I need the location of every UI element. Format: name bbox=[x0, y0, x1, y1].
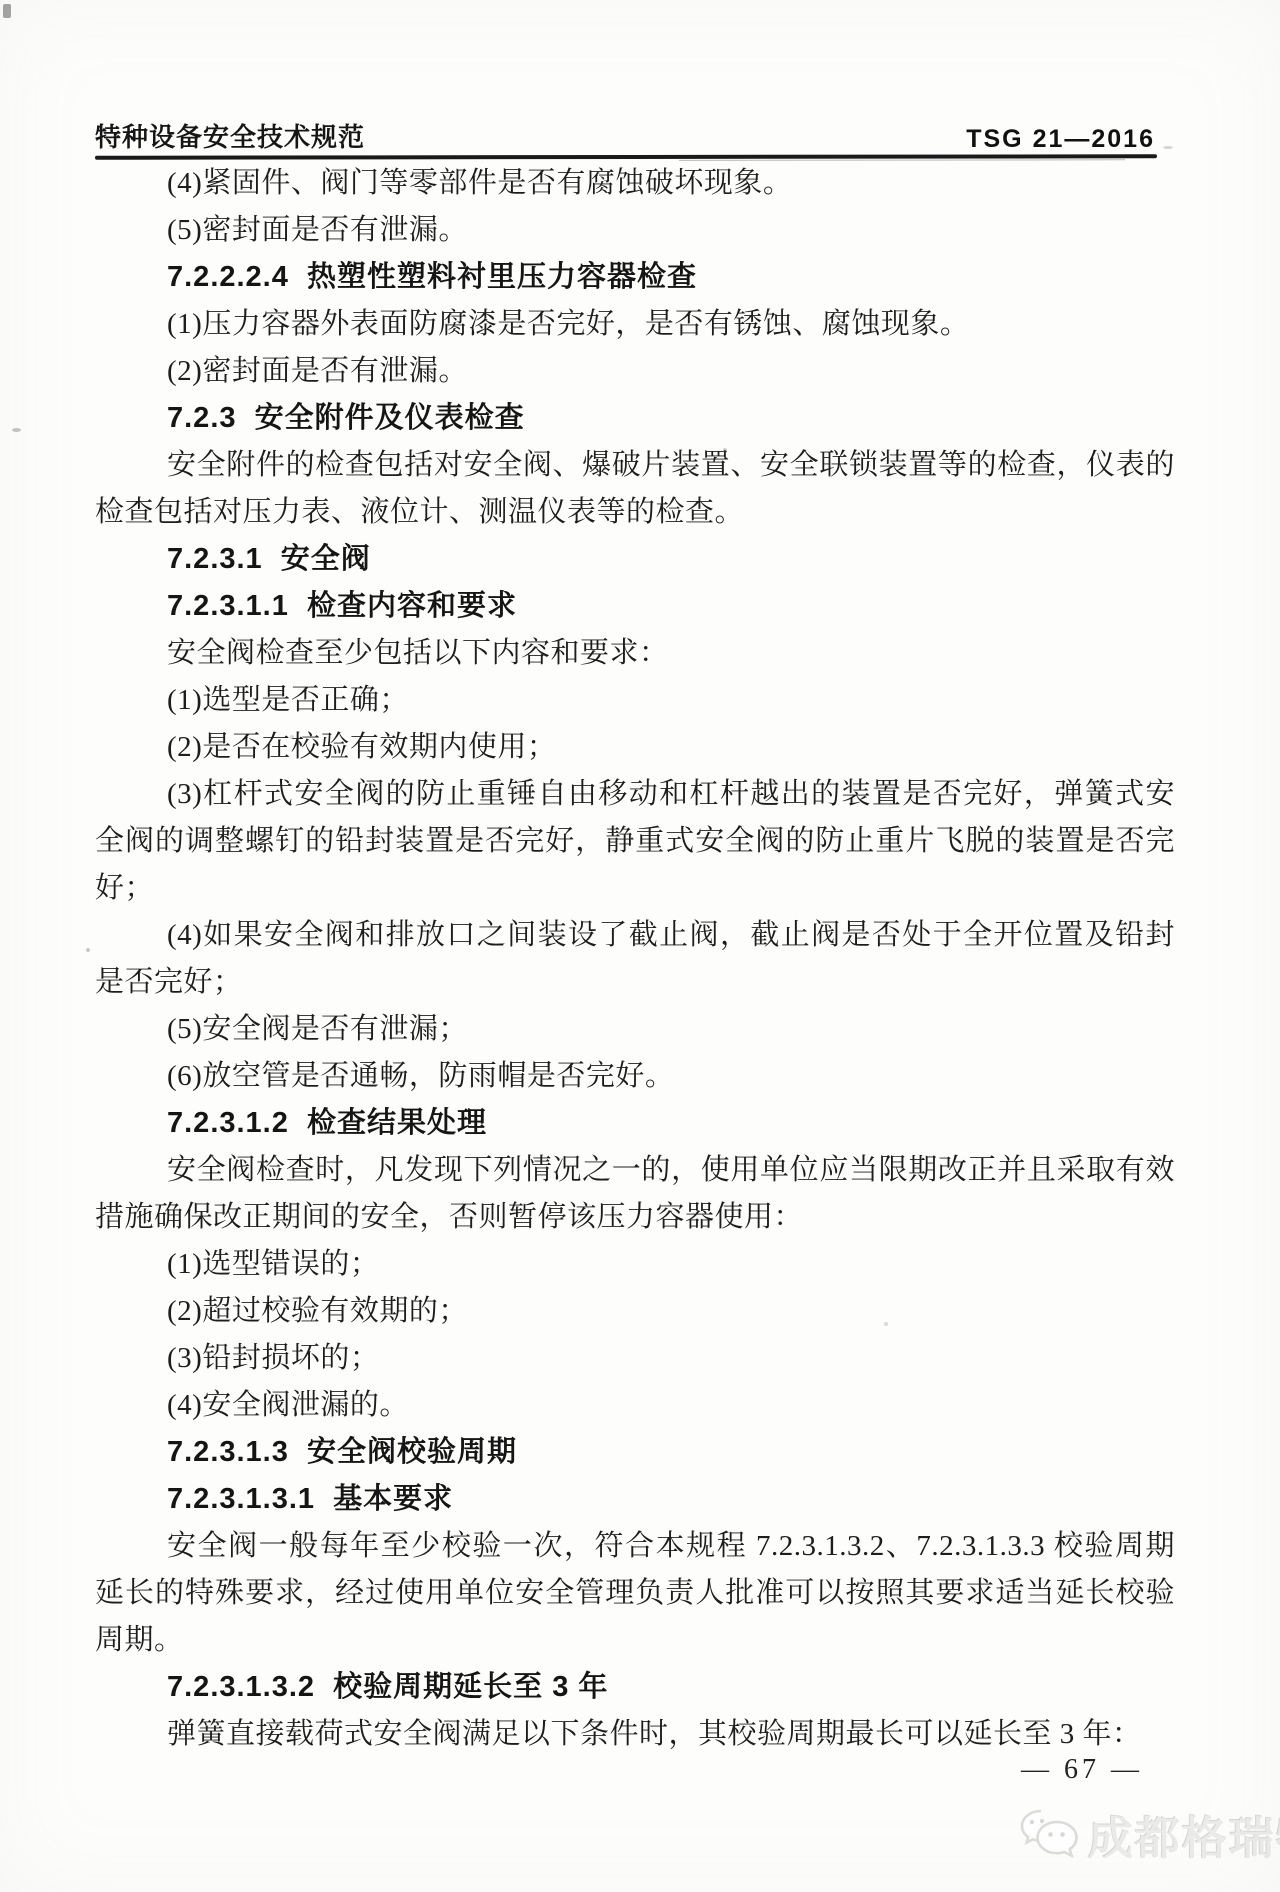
page-header: 特种设备安全技术规范 TSG 21—2016 bbox=[95, 108, 1157, 154]
watermark: 成都格瑞特 bbox=[1016, 1802, 1280, 1867]
clause-item: (4)安全阀泄漏的。 bbox=[95, 1382, 1175, 1429]
body-paragraph: 安全附件的检查包括对安全阀、爆破片装置、安全联锁装置等的检查，仪表的检查包括对压… bbox=[95, 442, 1175, 536]
scan-speck bbox=[3, 4, 11, 18]
header-rule bbox=[95, 154, 1157, 159]
clause-item: (3)铅封损坏的； bbox=[95, 1335, 1175, 1382]
scan-speck bbox=[12, 428, 21, 432]
body-paragraph: 安全阀检查至少包括以下内容和要求： bbox=[95, 630, 1175, 677]
section-heading: 7.2.3.1.2 检查结果处理 bbox=[95, 1100, 1175, 1147]
clause-item: (1)选型错误的； bbox=[95, 1241, 1175, 1288]
clause-item: (2)是否在校验有效期内使用； bbox=[95, 724, 1175, 771]
section-heading: 7.2.3.1.1 检查内容和要求 bbox=[95, 583, 1175, 630]
clause-item: (5)安全阀是否有泄漏； bbox=[95, 1006, 1175, 1053]
document-body: (4)紧固件、阀门等零部件是否有腐蚀破坏现象。 (5)密封面是否有泄漏。 7.2… bbox=[95, 160, 1175, 1760]
clause-item: (1)选型是否正确； bbox=[95, 677, 1175, 724]
section-heading: 7.2.3 安全附件及仪表检查 bbox=[95, 395, 1175, 442]
clause-item: (2)超过校验有效期的； bbox=[95, 1288, 1175, 1335]
wechat-icon bbox=[1016, 1806, 1080, 1864]
clause-item: (5)密封面是否有泄漏。 bbox=[95, 207, 1175, 254]
section-heading: 7.2.3.1.3.2 校验周期延长至 3 年 bbox=[95, 1664, 1175, 1711]
section-heading: 7.2.3.1.3 安全阀校验周期 bbox=[95, 1429, 1175, 1476]
scan-speck bbox=[86, 948, 90, 952]
watermark-text: 成都格瑞特 bbox=[1088, 1802, 1280, 1867]
scan-speck bbox=[1163, 146, 1173, 149]
section-heading: 7.2.3.1.3.1 基本要求 bbox=[95, 1476, 1175, 1523]
clause-item: (3)杠杆式安全阀的防止重锤自由移动和杠杆越出的装置是否完好，弹簧式安全阀的调整… bbox=[95, 771, 1175, 912]
section-heading: 7.2.3.1 安全阀 bbox=[95, 536, 1175, 583]
clause-item: (1)压力容器外表面防腐漆是否完好，是否有锈蚀、腐蚀现象。 bbox=[95, 301, 1175, 348]
section-heading: 7.2.2.2.4 热塑性塑料衬里压力容器检查 bbox=[95, 254, 1175, 301]
clause-item: (6)放空管是否通畅，防雨帽是否完好。 bbox=[95, 1053, 1175, 1100]
clause-item: (4)紧固件、阀门等零部件是否有腐蚀破坏现象。 bbox=[95, 160, 1175, 207]
header-doc-code: TSG 21—2016 bbox=[966, 125, 1157, 154]
clause-item: (2)密封面是否有泄漏。 bbox=[95, 348, 1175, 395]
document-page: 特种设备安全技术规范 TSG 21—2016 (4)紧固件、阀门等零部件是否有腐… bbox=[0, 0, 1280, 1892]
body-paragraph: 安全阀一般每年至少校验一次，符合本规程 7.2.3.1.3.2、7.2.3.1.… bbox=[95, 1523, 1175, 1664]
body-paragraph: 安全阀检查时，凡发现下列情况之一的，使用单位应当限期改正并且采取有效措施确保改正… bbox=[95, 1147, 1175, 1241]
header-title: 特种设备安全技术规范 bbox=[95, 117, 365, 154]
body-paragraph: 弹簧直接载荷式安全阀满足以下条件时，其校验周期最长可以延长至 3 年： bbox=[95, 1711, 1175, 1758]
page-number: — 67 — bbox=[1021, 1750, 1143, 1790]
clause-item: (4)如果安全阀和排放口之间装设了截止阀，截止阀是否处于全开位置及铅封是否完好； bbox=[95, 912, 1175, 1006]
